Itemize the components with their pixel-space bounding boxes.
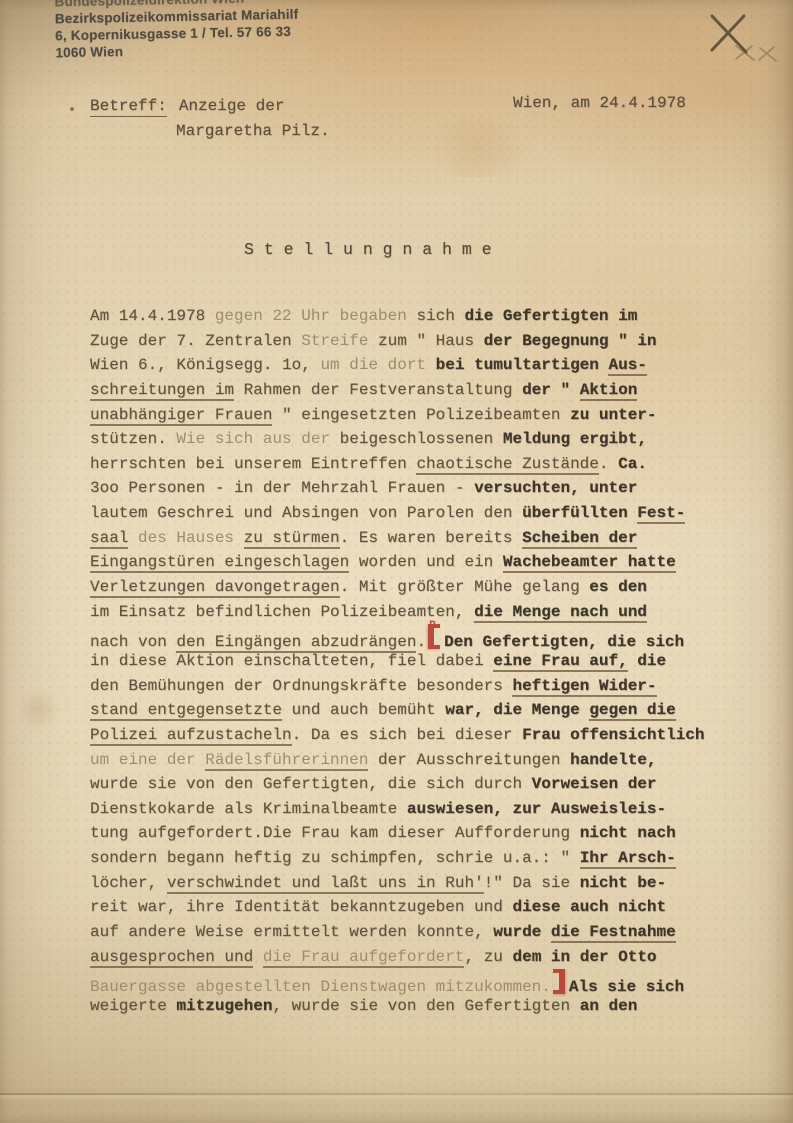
- red-editor-mark-close-bracket: [553, 969, 565, 994]
- body-line: sondern begann heftig zu schimpfen, schr…: [90, 846, 750, 871]
- text-segment: die Festnahme: [551, 923, 676, 943]
- text-segment: Zuge der 7. Zentralen: [90, 332, 301, 350]
- text-segment: um die dort: [320, 356, 435, 374]
- text-segment: in diese Aktion einschalteten, fiel dabe…: [90, 652, 493, 670]
- text-segment: es den: [589, 578, 647, 596]
- text-segment: löcher,: [90, 874, 167, 892]
- body-line: um eine der Rädelsführerinnen der Aussch…: [90, 748, 750, 773]
- text-segment: wurde sie von den Gefertigten, die sich …: [90, 775, 532, 793]
- text-segment: sich: [416, 307, 464, 325]
- text-segment: ausgesprochen und: [90, 948, 253, 968]
- text-segment: gegen die: [589, 701, 675, 721]
- text-segment: lautem Geschrei und Absingen von Parolen…: [90, 504, 522, 522]
- text-segment: Aktion: [580, 381, 638, 401]
- document-title: S t e l l u n g n a h m e: [244, 240, 492, 259]
- text-segment: Eingangstüren eingeschlagen: [90, 553, 349, 573]
- text-segment: diese auch nicht: [512, 898, 666, 916]
- text-segment: dem in der Otto: [513, 948, 657, 966]
- text-segment: Verletzungen davongetragen: [90, 578, 340, 598]
- text-segment: mitzugehen: [176, 997, 272, 1015]
- document-body: Am 14.4.1978 gegen 22 Uhr begaben sich d…: [90, 304, 750, 1019]
- text-segment: schreitungen im: [90, 381, 234, 401]
- scanned-document-page: Bundespolizeidirektion Wien Bezirkspoliz…: [0, 0, 793, 1123]
- text-segment: .: [599, 455, 618, 473]
- text-segment: Wie sich aus der: [176, 430, 339, 448]
- text-segment: !" Da sie: [484, 874, 580, 892]
- body-line: Bauergasse abgestellten Dienstwagen mitz…: [90, 969, 750, 994]
- text-segment: Aus-: [608, 356, 646, 376]
- text-segment: Meldung ergibt,: [503, 430, 647, 448]
- text-segment: um eine der: [90, 751, 205, 769]
- text-segment: , wurde sie von den Gefertigten: [272, 997, 579, 1015]
- text-segment: Wien 6., Königsegg. 1o,: [90, 356, 320, 374]
- text-segment: Streife: [301, 332, 378, 350]
- subject-label: Betreff:: [90, 97, 167, 117]
- text-segment: Frau offensichtlich: [522, 726, 704, 744]
- text-segment: , zu: [464, 948, 512, 966]
- text-segment: . Da es sich bei dieser: [292, 726, 522, 744]
- police-office-stamp: Bundespolizeidirektion Wien Bezirkspoliz…: [54, 0, 299, 61]
- text-segment: die Menge nach und: [474, 603, 647, 623]
- body-line: wurde sie von den Gefertigten, die sich …: [90, 772, 750, 797]
- text-segment: Vorweisen der: [532, 775, 657, 793]
- text-segment: Fest-: [637, 504, 685, 524]
- text-segment: Wachebeamter hatte: [503, 553, 676, 573]
- text-segment: tung aufgefordert.Die Frau kam dieser Au…: [90, 824, 580, 842]
- body-line: lautem Geschrei und Absingen von Parolen…: [90, 501, 750, 526]
- body-line: Am 14.4.1978 gegen 22 Uhr begaben sich d…: [90, 304, 750, 329]
- text-segment: bei tumultartigen: [436, 356, 609, 374]
- body-line: weigerte mitzugehen, wurde sie von den G…: [90, 994, 750, 1019]
- red-editor-mark-open-bracket: P: [428, 624, 440, 649]
- text-segment: zu unter-: [570, 406, 656, 424]
- text-segment: stand entgegensetzte: [90, 701, 282, 721]
- body-line: stand entgegensetzte und auch bemüht war…: [90, 698, 750, 723]
- text-segment: verschwindet und laßt uns in Ruh': [167, 874, 484, 894]
- subject-name: Margaretha Pilz.: [176, 122, 330, 140]
- text-segment: reit war, ihre Identität bekanntzugeben …: [90, 898, 512, 916]
- text-segment: weigerte: [90, 997, 176, 1015]
- margin-dot: [70, 107, 74, 111]
- text-segment: die: [628, 652, 666, 670]
- text-segment: 3oo Personen - in der Mehrzahl Frauen -: [90, 479, 474, 497]
- stamp-line: 1060 Wien: [55, 40, 299, 62]
- paper-stain: [418, 118, 538, 178]
- text-segment: des Hauses: [128, 529, 243, 547]
- body-line: ausgesprochen und die Frau aufgefordert,…: [90, 945, 750, 970]
- paper-smudge: [16, 688, 62, 730]
- body-line: saal des Hauses zu stürmen. Es waren ber…: [90, 526, 750, 551]
- text-segment: heftigen Wider-: [512, 677, 656, 697]
- text-segment: im Einsatz befindlichen Polizeibeamten,: [90, 603, 474, 621]
- text-segment: unabhängiger Frauen: [90, 406, 272, 426]
- text-segment: sondern begann heftig zu schimpfen, schr…: [90, 849, 580, 867]
- text-segment: zu stürmen: [244, 529, 340, 549]
- text-segment: der Ausschreitungen: [368, 751, 570, 769]
- body-line: herrschten bei unserem Eintreffen chaoti…: [90, 452, 750, 477]
- body-line: Eingangstüren eingeschlagen worden und e…: [90, 550, 750, 575]
- body-line: reit war, ihre Identität bekanntzugeben …: [90, 895, 750, 920]
- body-line: löcher, verschwindet und laßt uns in Ruh…: [90, 871, 750, 896]
- body-line: auf andere Weise ermittelt werden konnte…: [90, 920, 750, 945]
- body-line: nach von den Eingängen abzudrängen.PDen …: [90, 624, 750, 649]
- red-editor-note: P: [429, 614, 436, 639]
- text-segment: wurde: [493, 923, 551, 941]
- text-segment: Bauergasse abgestellten Dienstwagen mitz…: [90, 978, 551, 996]
- text-segment: den Bemühungen der Ordnungskräfte besond…: [90, 677, 512, 695]
- paper-fold-crease: [0, 1093, 793, 1095]
- text-segment: und auch bemüht: [282, 701, 445, 719]
- text-segment: an den: [580, 997, 638, 1015]
- body-line: Zuge der 7. Zentralen Streife zum " Haus…: [90, 329, 750, 354]
- body-line: schreitungen im Rahmen der Festveranstal…: [90, 378, 750, 403]
- text-segment: " eingesetzten Polizeibeamten: [272, 406, 570, 424]
- text-segment: worden und ein: [349, 553, 503, 571]
- text-segment: saal: [90, 529, 128, 549]
- body-line: unabhängiger Frauen " eingesetzten Poliz…: [90, 403, 750, 428]
- body-line: Verletzungen davongetragen. Mit größter …: [90, 575, 750, 600]
- text-segment: der ": [522, 381, 580, 399]
- text-segment: überfüllten: [522, 504, 637, 522]
- text-segment: auf andere Weise ermittelt werden konnte…: [90, 923, 493, 941]
- text-segment: beigeschlossenen: [340, 430, 503, 448]
- text-segment: stützen.: [90, 430, 176, 448]
- text-segment: zum " Haus: [378, 332, 484, 350]
- subject-row: Betreff:Anzeige der: [90, 97, 284, 115]
- text-segment: chaotische Zustände: [416, 455, 598, 475]
- body-line: 3oo Personen - in der Mehrzahl Frauen - …: [90, 476, 750, 501]
- text-segment: Ihr Arsch-: [580, 849, 676, 869]
- body-line: tung aufgefordert.Die Frau kam dieser Au…: [90, 821, 750, 846]
- text-segment: Rädelsführerinnen: [205, 751, 368, 771]
- place-date-line: Wien, am 24.4.1978: [513, 94, 686, 112]
- body-line: Wien 6., Königsegg. 1o, um die dort bei …: [90, 353, 750, 378]
- text-segment: die Frau aufgefordert: [263, 948, 465, 968]
- body-line: im Einsatz befindlichen Polizeibeamten, …: [90, 600, 750, 625]
- text-segment: . Es waren bereits: [340, 529, 522, 547]
- text-segment: auswiesen, zur Ausweisleis-: [407, 800, 666, 818]
- text-segment: Scheiben der: [522, 529, 637, 549]
- body-line: den Bemühungen der Ordnungskräfte besond…: [90, 674, 750, 699]
- text-segment: herrschten bei unserem Eintreffen: [90, 455, 416, 473]
- body-line: stützen. Wie sich aus der beigeschlossen…: [90, 427, 750, 452]
- text-segment: Dienstkokarde als Kriminalbeamte: [90, 800, 407, 818]
- text-segment: eine Frau auf,: [493, 652, 627, 672]
- text-segment: nicht nach: [580, 824, 676, 842]
- text-segment: versuchten, unter: [474, 479, 637, 497]
- text-segment: Polizei aufzustacheln: [90, 726, 292, 746]
- body-line: Polizei aufzustacheln. Da es sich bei di…: [90, 723, 750, 748]
- body-line: in diese Aktion einschalteten, fiel dabe…: [90, 649, 750, 674]
- text-segment: die Gefertigten im: [464, 307, 637, 325]
- text-segment: Am 14.4.1978: [90, 307, 215, 325]
- text-segment: gegen 22 Uhr begaben: [215, 307, 417, 325]
- paper-edge-shading: [767, 0, 793, 1123]
- text-segment: Ca.: [618, 455, 647, 473]
- text-segment: der Begegnung " in: [484, 332, 657, 350]
- text-segment: handelte,: [570, 751, 656, 769]
- body-line: Dienstkokarde als Kriminalbeamte auswies…: [90, 797, 750, 822]
- pencil-x-marks-icon: [688, 4, 788, 84]
- text-segment: Rahmen der Festveranstaltung: [234, 381, 522, 399]
- subject-text: Anzeige der: [179, 97, 285, 115]
- text-segment: . Mit größter Mühe gelang: [340, 578, 590, 596]
- text-segment: war, die Menge: [445, 701, 589, 719]
- text-segment: nicht be-: [580, 874, 666, 892]
- text-segment: [253, 948, 263, 966]
